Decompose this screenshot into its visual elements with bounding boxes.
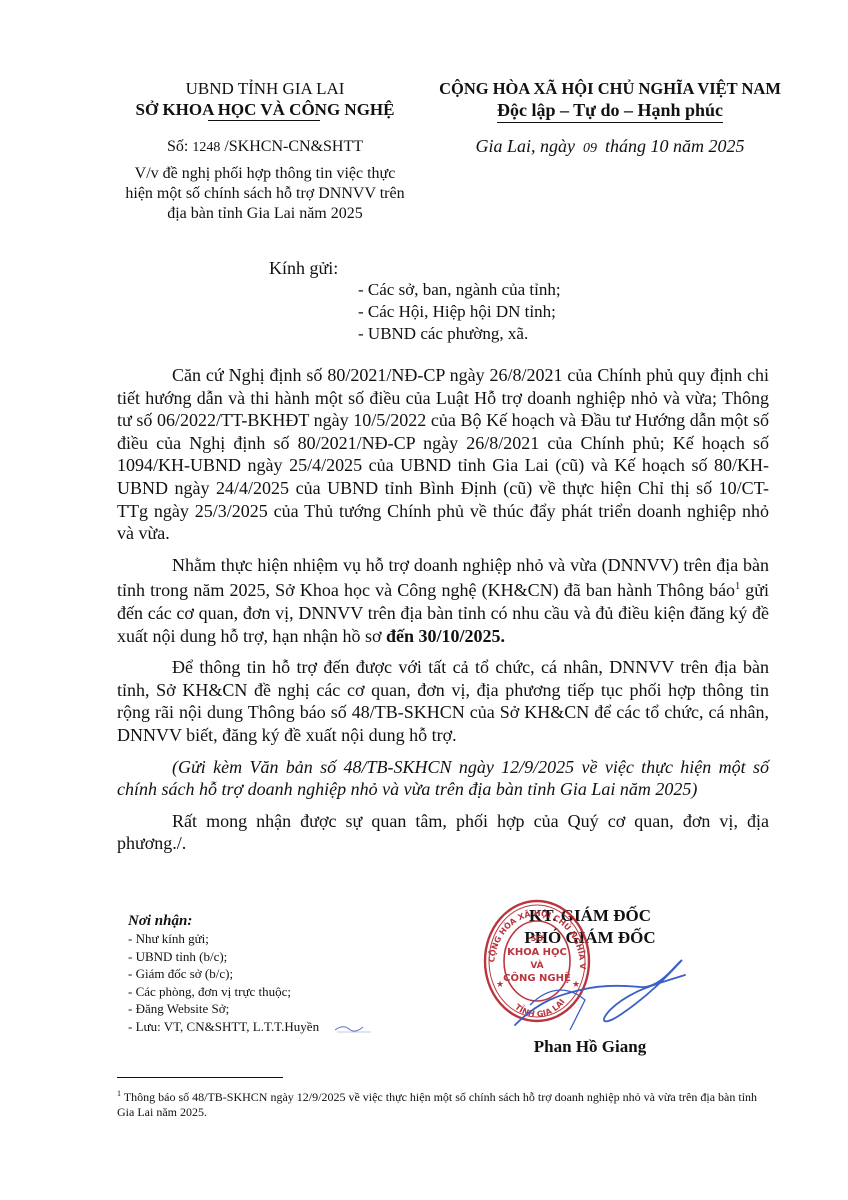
document-subject: V/v đề nghị phối hợp thông tin việc thực… (100, 164, 430, 224)
distribution-item: - Lưu: VT, CN&SHTT, L.T.T.Huyền (128, 1018, 319, 1036)
svg-text:★: ★ (496, 979, 504, 989)
svg-text:SỞ: SỞ (531, 931, 544, 943)
distribution-item: - Như kính gửi; (128, 930, 319, 948)
distribution-item: - UBND tỉnh (b/c); (128, 948, 319, 966)
deadline-text: đến 30/10/2025. (386, 626, 505, 646)
place-and-date: Gia Lai, ngày09tháng 10 năm 2025 (420, 135, 800, 160)
recipient-item: - Các sở, ban, ngành của tỉnh; (358, 279, 561, 301)
issuing-agency-block: UBND TỈNH GIA LAI SỞ KHOA HỌC VÀ CÔNG NG… (100, 78, 430, 224)
footnote-separator (117, 1077, 283, 1078)
distribution-list: Nơi nhận: - Như kính gửi; - UBND tỉnh (b… (128, 912, 319, 1035)
department-underline (208, 120, 320, 121)
distribution-title: Nơi nhận: (128, 912, 319, 930)
distribution-item: - Các phòng, đơn vị trực thuộc; (128, 983, 319, 1001)
recipient-item: - Các Hội, Hiệp hội DN tỉnh; (358, 301, 561, 323)
authority-name: UBND TỈNH GIA LAI (100, 78, 430, 99)
document-body: Căn cứ Nghị định số 80/2021/NĐ-CP ngày 2… (117, 364, 769, 864)
document-number: Số:1248/SKHCN-CN&SHTT (100, 137, 430, 158)
national-motto: Độc lập – Tự do – Hạnh phúc (497, 99, 723, 123)
distribution-item: - Đăng Website Sở; (128, 1000, 319, 1018)
department-name: SỞ KHOA HỌC VÀ CÔNG NGHỆ (100, 99, 430, 121)
distribution-item: - Giám đốc sở (b/c); (128, 965, 319, 983)
signature-block: KT. GIÁM ĐỐC PHÓ GIÁM ĐỐC CỘNG HÒA XÃ HỘ… (470, 905, 710, 949)
paragraph-legal-basis: Căn cứ Nghị định số 80/2021/NĐ-CP ngày 2… (117, 364, 769, 545)
recipients-label: Kính gửi: (269, 257, 338, 279)
paragraph-attachment: (Gửi kèm Văn bản số 48/TB-SKHCN ngày 12/… (117, 756, 769, 801)
recipient-item: - UBND các phường, xã. (358, 323, 561, 345)
footnote: 1 Thông báo số 48/TB-SKHCN ngày 12/9/202… (117, 1086, 777, 1120)
handwritten-signature-icon (510, 945, 690, 1035)
paragraph-purpose: Nhằm thực hiện nhiệm vụ hỗ trợ doanh ngh… (117, 554, 769, 647)
paragraph-closing: Rất mong nhận được sự quan tâm, phối hợp… (117, 810, 769, 855)
national-header-block: CỘNG HÒA XÃ HỘI CHỦ NGHĨA VIỆT NAM Độc l… (420, 78, 800, 160)
initial-mark-icon (333, 1022, 373, 1034)
signer-name: Phan Hồ Giang (470, 1037, 710, 1057)
recipients-list: - Các sở, ban, ngành của tỉnh; - Các Hội… (358, 279, 561, 345)
nation-title: CỘNG HÒA XÃ HỘI CHỦ NGHĨA VIỆT NAM (420, 78, 800, 99)
paragraph-request: Để thông tin hỗ trợ đến được với tất cả … (117, 656, 769, 746)
